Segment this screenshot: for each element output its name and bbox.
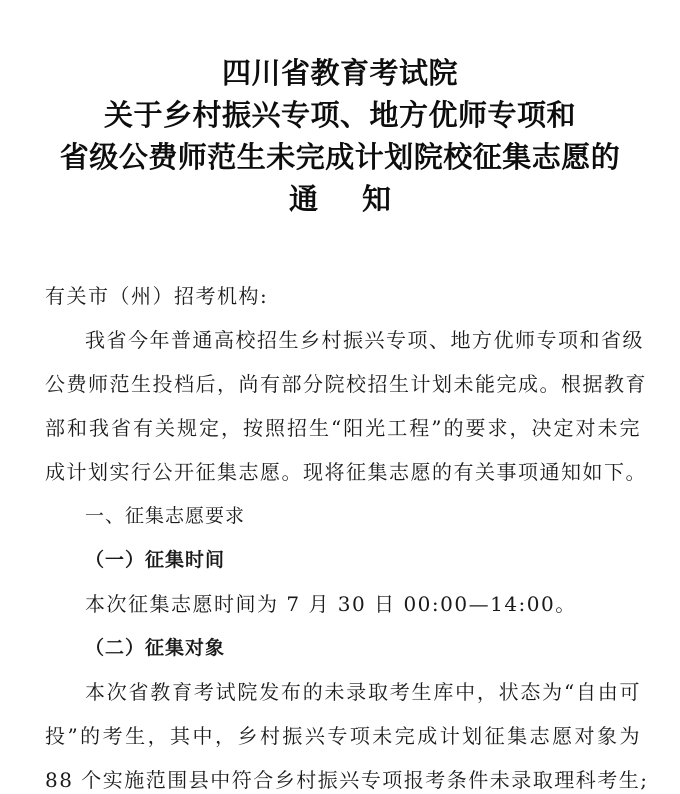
subsection-2-heading: （二）征集对象 bbox=[45, 626, 641, 670]
subsection-1-text: 本次征集志愿时间为 7 月 30 日 00:00—14:00。 bbox=[45, 582, 641, 626]
title-notice-char-1: 通 bbox=[289, 182, 318, 216]
document-title: 四川省教育考试院 关于乡村振兴专项、地方优师专项和 省级公费师范生未完成计划院校… bbox=[0, 52, 680, 220]
title-notice-char-2: 知 bbox=[362, 182, 391, 216]
title-line-4: 通知 bbox=[0, 178, 680, 220]
document-page: 四川省教育考试院 关于乡村振兴专项、地方优师专项和 省级公费师范生未完成计划院校… bbox=[0, 0, 680, 794]
subsection-1-heading: （一）征集时间 bbox=[45, 538, 641, 582]
title-line-1: 四川省教育考试院 bbox=[0, 52, 680, 94]
intro-paragraph-line-1: 我省今年普通高校招生乡村振兴专项、地方优师专项和省级 bbox=[45, 318, 641, 362]
salutation: 有关市（州）招考机构: bbox=[45, 274, 641, 318]
subsection-2-line-1: 本次省教育考试院发布的未录取考生库中，状态为“自由可 bbox=[45, 670, 641, 714]
document-body: 有关市（州）招考机构: 我省今年普通高校招生乡村振兴专项、地方优师专项和省级 公… bbox=[45, 274, 641, 794]
intro-paragraph-line-4: 成计划实行公开征集志愿。现将征集志愿的有关事项通知如下。 bbox=[45, 450, 641, 494]
title-line-2: 关于乡村振兴专项、地方优师专项和 bbox=[0, 94, 680, 136]
intro-paragraph-line-3: 部和我省有关规定，按照招生“阳光工程”的要求，决定对未完 bbox=[45, 406, 641, 450]
subsection-2-line-3: 88 个实施范围县中符合乡村振兴专项报考条件未录取理科考生; bbox=[45, 758, 641, 794]
section-1-heading: 一、征集志愿要求 bbox=[45, 494, 641, 538]
intro-paragraph-line-2: 公费师范生投档后，尚有部分院校招生计划未能完成。根据教育 bbox=[45, 362, 641, 406]
subsection-2-line-2: 投”的考生，其中，乡村振兴专项未完成计划征集志愿对象为 bbox=[45, 714, 641, 758]
title-line-3: 省级公费师范生未完成计划院校征集志愿的 bbox=[0, 136, 680, 178]
